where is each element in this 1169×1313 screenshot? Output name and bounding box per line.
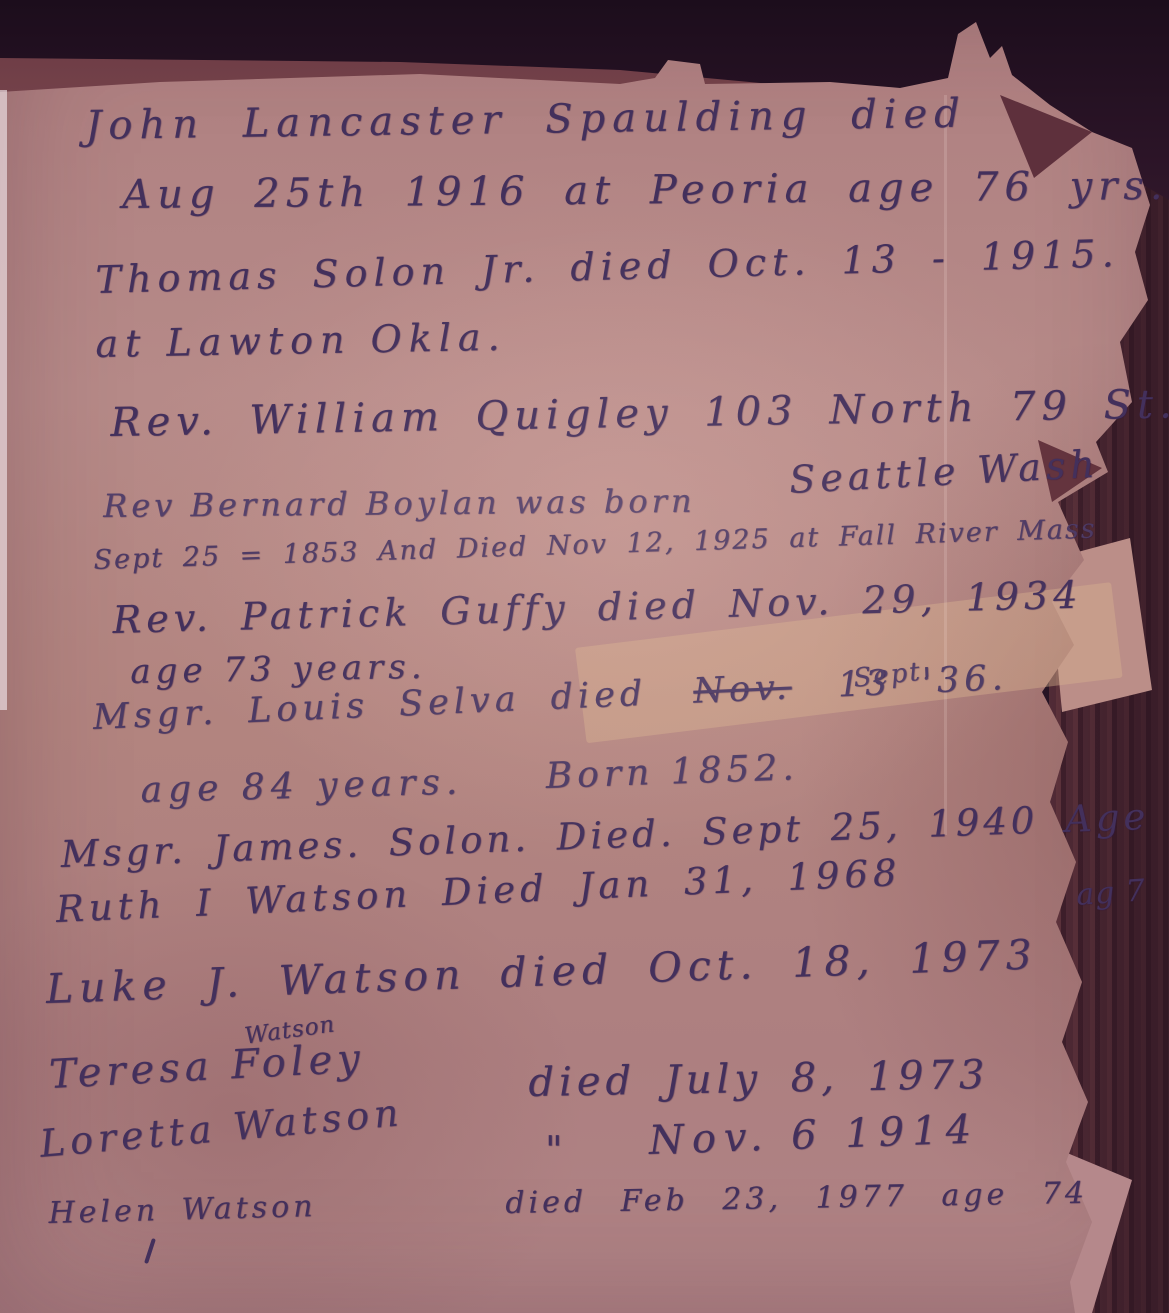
handwriting-ditto-mark: " bbox=[545, 1128, 562, 1172]
handwriting-selva-date: 13 '36. bbox=[837, 658, 1009, 705]
photographed-register-page: John Lancaster Spaulding died Aug 25th 1… bbox=[0, 0, 1169, 1313]
handwriting-age-84: age 84 years. bbox=[140, 762, 464, 811]
scan-edge-sliver bbox=[0, 90, 7, 710]
handwriting-ruth-age: ag 7 bbox=[1075, 873, 1149, 913]
handwriting-teresa-date: died July 8, 1973 bbox=[528, 1052, 990, 1106]
handwriting-helen-watson: Helen Watson bbox=[48, 1189, 317, 1231]
handwriting-spaulding-date: Aug 25th 1916 at Peoria age 76 yrs. bbox=[122, 163, 1169, 218]
handwriting-crossed-out-nov: Nov. bbox=[692, 667, 792, 711]
handwriting-bernard-boylan: Rev Bernard Boylan was born bbox=[103, 482, 696, 525]
handwriting-lawton-okla: at Lawton Okla. bbox=[95, 315, 507, 366]
